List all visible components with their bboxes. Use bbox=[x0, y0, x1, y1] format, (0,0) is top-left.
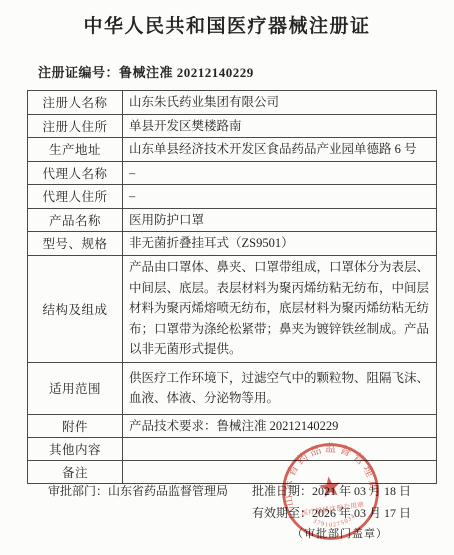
certificate-table: 注册人名称 山东朱氏药业集团有限公司 注册人住所 单县开发区樊楼路南 生产地址 … bbox=[27, 90, 437, 484]
certificate-title: 中华人民共和国医疗器械注册证 bbox=[0, 11, 454, 38]
row-value: 供医疗工作环境下，过滤空气中的颗粒物、阻隔飞沫、血液、体液、分泌物等用。 bbox=[123, 362, 437, 414]
table-row: 适用范围 供医疗工作环境下，过滤空气中的颗粒物、阻隔飞沫、血液、体液、分泌物等用… bbox=[28, 362, 437, 414]
certificate-document: 中华人民共和国医疗器械注册证 注册证编号：鲁械注准 20212140229 注册… bbox=[0, 0, 454, 555]
row-label: 注册人住所 bbox=[28, 114, 123, 138]
row-value: 山东朱氏药业集团有限公司 bbox=[123, 91, 437, 115]
row-label: 适用范围 bbox=[28, 362, 123, 414]
table-row: 注册人住所 单县开发区樊楼路南 bbox=[28, 114, 437, 138]
approval-date-label: 批准日期： bbox=[252, 484, 312, 498]
table-row: 代理人住所 – bbox=[28, 185, 437, 209]
row-label: 备注 bbox=[28, 461, 123, 484]
row-value: – bbox=[123, 161, 437, 185]
row-label: 结构及组成 bbox=[28, 255, 123, 362]
table-row: 附件 产品技术要求：鲁械注准 20212140229 bbox=[28, 414, 437, 438]
row-label: 型号、规格 bbox=[28, 232, 123, 256]
row-value: 山东单县经济技术开发区食品药品产业园单德路 6 号 bbox=[123, 138, 437, 162]
certificate-number-value: 鲁械注准 20212140229 bbox=[119, 65, 254, 80]
certificate-number-label: 注册证编号： bbox=[38, 65, 119, 80]
valid-until-label: 有效期至： bbox=[252, 506, 312, 520]
row-label: 代理人住所 bbox=[28, 185, 123, 209]
row-value: 非无菌折叠挂耳式（ZS9501） bbox=[123, 232, 437, 256]
row-label: 附件 bbox=[28, 414, 123, 438]
approval-department-label: 审批部门： bbox=[48, 484, 108, 498]
table-row: 产品名称 医用防护口罩 bbox=[28, 208, 437, 232]
seal-note: （审批部门盖章） bbox=[252, 525, 428, 546]
table-row: 注册人名称 山东朱氏药业集团有限公司 bbox=[28, 91, 437, 115]
row-value: 医用防护口罩 bbox=[123, 208, 437, 232]
valid-until-value: 2026 年 03 月 17 日 bbox=[312, 506, 411, 520]
approval-date: 批准日期：2021 年 03 月 18 日 bbox=[252, 482, 428, 504]
approval-department: 审批部门：山东省药品监督管理局 bbox=[48, 482, 228, 499]
row-value: – bbox=[123, 185, 437, 209]
table-row: 结构及组成 产品由口罩体、鼻夹、口罩带组成，口罩体分为表层、中间层、底层。表层材… bbox=[28, 255, 437, 362]
row-value bbox=[123, 438, 437, 461]
approval-date-value: 2021 年 03 月 18 日 bbox=[312, 484, 411, 498]
row-value bbox=[123, 461, 437, 484]
row-value: 产品由口罩体、鼻夹、口罩带组成，口罩体分为表层、中间层、底层。表层材料为聚丙烯纺… bbox=[123, 255, 437, 362]
row-label: 生产地址 bbox=[28, 138, 123, 162]
row-label: 产品名称 bbox=[28, 208, 123, 232]
table-row: 生产地址 山东单县经济技术开发区食品药品产业园单德路 6 号 bbox=[28, 138, 437, 162]
table-row: 型号、规格 非无菌折叠挂耳式（ZS9501） bbox=[28, 232, 437, 256]
certificate-number: 注册证编号：鲁械注准 20212140229 bbox=[38, 62, 254, 81]
valid-until: 有效期至：2026 年 03 月 17 日 bbox=[252, 504, 428, 526]
table-row: 代理人名称 – bbox=[28, 161, 437, 185]
row-value: 单县开发区樊楼路南 bbox=[123, 114, 437, 138]
table-row: 其他内容 bbox=[28, 438, 437, 461]
approval-department-value: 山东省药品监督管理局 bbox=[108, 484, 228, 498]
row-label: 其他内容 bbox=[28, 438, 123, 461]
table-row: 备注 bbox=[28, 461, 437, 484]
row-label: 代理人名称 bbox=[28, 161, 123, 185]
row-value: 产品技术要求：鲁械注准 20212140229 bbox=[123, 414, 437, 438]
approval-dates: 批准日期：2021 年 03 月 18 日 有效期至：2026 年 03 月 1… bbox=[252, 482, 428, 546]
row-label: 注册人名称 bbox=[28, 91, 123, 115]
